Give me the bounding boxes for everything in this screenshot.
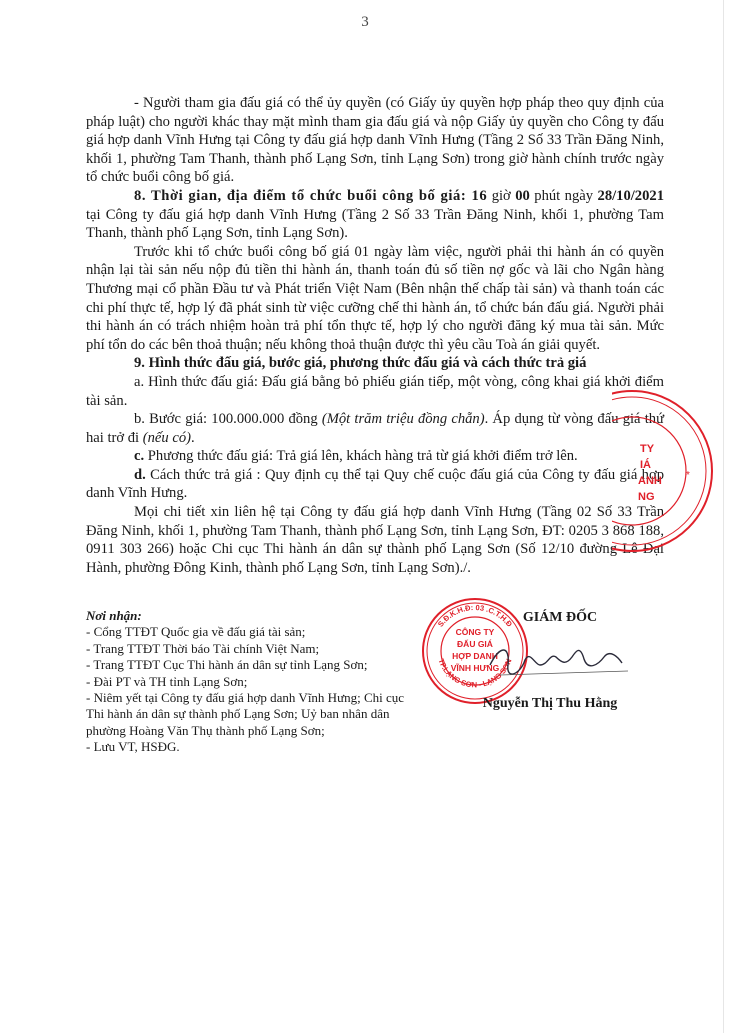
- paragraph-bidding-manner: d. Cách thức trả giá : Quy định cụ thể t…: [86, 466, 664, 503]
- side-seal-stamp: TY IÁ ANH NG *: [612, 386, 722, 556]
- paragraph-time-location: 8. Thời gian, địa điểm tổ chức buổi công…: [86, 187, 664, 243]
- signature-block: GIÁM ĐỐC Nguyễn Thị Thu Hằng: [420, 600, 650, 626]
- paragraph-redemption: Trước khi tổ chức buổi công bố giá 01 ng…: [86, 243, 664, 355]
- svg-text:*: *: [686, 470, 690, 481]
- paragraph-bid-step: b. Bước giá: 100.000.000 đồng (Một trăm …: [86, 410, 664, 447]
- svg-text:TY: TY: [640, 443, 655, 455]
- handwritten-signature: [480, 635, 630, 685]
- section-8-heading: 8. Thời gian, địa điểm tổ chức buổi công…: [134, 188, 487, 204]
- recipients-title: Nơi nhận:: [86, 608, 406, 624]
- section-9-heading: 9. Hình thức đấu giá, bước giá, phương t…: [86, 354, 664, 373]
- svg-text:NG: NG: [638, 491, 655, 503]
- auction-date: 28/10/2021: [598, 188, 664, 204]
- signer-name: Nguyễn Thị Thu Hằng: [450, 696, 650, 712]
- paragraph-auction-method: c. Phương thức đấu giá: Trả giá lên, khá…: [86, 447, 664, 466]
- recipient-item: - Lưu VT, HSĐG.: [86, 739, 406, 755]
- recipient-item: - Trang TTĐT Thời báo Tài chính Việt Nam…: [86, 641, 406, 657]
- recipients-block: Nơi nhận: - Cổng TTĐT Quốc gia về đấu gi…: [86, 608, 406, 756]
- svg-text:ANH: ANH: [638, 475, 662, 487]
- paragraph-contact: Mọi chi tiết xin liên hệ tại Công ty đấu…: [86, 503, 664, 577]
- recipient-item: - Niêm yết tại Công ty đấu giá hợp danh …: [86, 690, 406, 739]
- page-edge: [723, 0, 724, 1033]
- recipient-item: - Đài PT và TH tỉnh Lạng Sơn;: [86, 674, 406, 690]
- recipient-item: - Trang TTĐT Cục Thi hành án dân sự tỉnh…: [86, 657, 406, 673]
- paragraph-authorization: - Người tham gia đấu giá có thể ủy quyền…: [86, 94, 664, 187]
- signer-role: GIÁM ĐỐC: [470, 610, 650, 626]
- svg-text:IÁ: IÁ: [640, 458, 651, 471]
- document-body: - Người tham gia đấu giá có thể ủy quyền…: [86, 94, 664, 577]
- recipient-item: - Cổng TTĐT Quốc gia về đấu giá tài sản;: [86, 624, 406, 640]
- paragraph-auction-form: a. Hình thức đấu giá: Đấu giá bằng bỏ ph…: [86, 373, 664, 410]
- page-number: 3: [0, 14, 730, 31]
